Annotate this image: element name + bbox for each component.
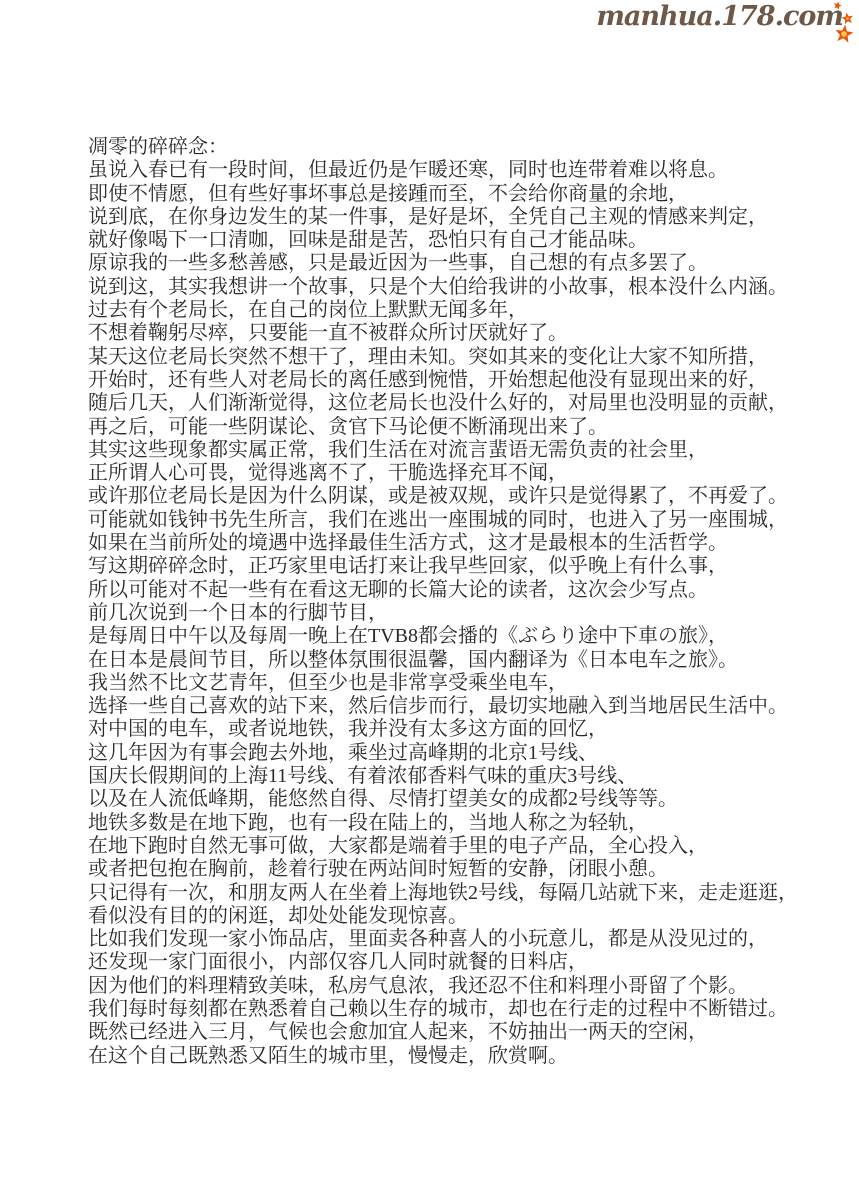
text-line: 其实这些现象都实属正常，我们生活在对流言蜚语无需负责的社会里， (88, 439, 798, 462)
text-line: 只记得有一次，和朋友两人在坐着上海地铁2号线，每隔几站就下来，走走逛逛， (88, 882, 798, 905)
text-line: 选择一些自己喜欢的站下来，然后信步而行，最切实地融入到当地居民生活中。 (88, 695, 798, 718)
text-line: 随后几天，人们渐渐觉得，这位老局长也没什么好的，对局里也没明显的贡献， (88, 392, 798, 415)
text-line: 这几年因为有事会跑去外地，乘坐过高峰期的北京1号线、 (88, 742, 798, 765)
text-line: 因为他们的料理精致美味，私房气息浓，我还忍不住和料理小哥留了个影。 (88, 975, 798, 998)
text-line: 原谅我的一些多愁善感，只是最近因为一些事，自己想的有点多罢了。 (88, 252, 798, 275)
text-line: 说到这，其实我想讲一个故事，只是个大伯给我讲的小故事，根本没什么内涵。 (88, 276, 798, 299)
article-text: 凋零的碎碎念： 虽说入春已有一段时间，但最近仍是乍暖还寒，同时也连带着难以将息。… (88, 136, 798, 1068)
text-line: 是每周日中午以及每周一晚上在TVB8都会播的《ぶらり途中下車の旅》， (88, 625, 798, 648)
text-line: 再之后，可能一些阴谋论、贪官下马论便不断涌现出来了。 (88, 416, 798, 439)
text-line: 虽说入春已有一段时间，但最近仍是乍暖还寒，同时也连带着难以将息。 (88, 159, 798, 182)
star-icon (833, 23, 856, 46)
text-line: 所以可能对不起一些有在看这无聊的长篇大论的读者，这次会少写点。 (88, 579, 798, 602)
text-line: 如果在当前所处的境遇中选择最佳生活方式，这才是最根本的生活哲学。 (88, 532, 798, 555)
text-line: 国庆长假期间的上海11号线、有着浓郁香料气味的重庆3号线、 (88, 765, 798, 788)
text-line: 前几次说到一个日本的行脚节目， (88, 602, 798, 625)
text-line: 可能就如钱钟书先生所言，我们在逃出一座围城的同时，也进入了另一座围城， (88, 509, 798, 532)
text-line: 地铁多数是在地下跑，也有一段在陆上的，当地人称之为轻轨， (88, 812, 798, 835)
text-line: 过去有个老局长，在自己的岗位上默默无闻多年， (88, 299, 798, 322)
text-line: 就好像喝下一口清咖，回味是甜是苦，恐怕只有自己才能品味。 (88, 229, 798, 252)
text-line: 既然已经进入三月，气候也会愈加宜人起来，不妨抽出一两天的空闲， (88, 1021, 798, 1044)
watermark-text: manhua.178.com (596, 1, 843, 32)
text-line: 以及在人流低峰期，能悠然自得、尽情打望美女的成都2号线等等。 (88, 788, 798, 811)
page-title: 凋零的碎碎念： (88, 136, 798, 159)
text-line: 在这个自己既熟悉又陌生的城市里，慢慢走，欣赏啊。 (88, 1045, 798, 1068)
text-line: 即使不情愿，但有些好事坏事总是接踵而至，不会给你商量的余地， (88, 183, 798, 206)
text-line: 不想着鞠躬尽瘁，只要能一直不被群众所讨厌就好了。 (88, 322, 798, 345)
paragraph-lines: 虽说入春已有一段时间，但最近仍是乍暖还寒，同时也连带着难以将息。即使不情愿，但有… (88, 159, 798, 1068)
text-line: 我们每时每刻都在熟悉着自己赖以生存的城市，却也在行走的过程中不断错过。 (88, 998, 798, 1021)
text-line: 还发现一家门面很小，内部仅容几人同时就餐的日料店， (88, 951, 798, 974)
text-line: 在日本是晨间节目，所以整体氛围很温馨，国内翻译为《日本电车之旅》。 (88, 649, 798, 672)
text-line: 比如我们发现一家小饰品店，里面卖各种喜人的小玩意儿，都是从没见过的， (88, 928, 798, 951)
text-line: 看似没有目的的闲逛，却处处能发现惊喜。 (88, 905, 798, 928)
text-line: 我当然不比文艺青年，但至少也是非常享受乘坐电车， (88, 672, 798, 695)
text-line: 正所谓人心可畏，觉得逃离不了，干脆选择充耳不闻， (88, 462, 798, 485)
text-line: 对中国的电车，或者说地铁，我并没有太多这方面的回忆， (88, 718, 798, 741)
text-line: 在地下跑时自然无事可做，大家都是端着手里的电子产品，全心投入， (88, 835, 798, 858)
text-line: 写这期碎碎念时，正巧家里电话打来让我早些回家，似乎晚上有什么事， (88, 555, 798, 578)
page: manhua.178.com 凋零的碎碎念： 虽说入春已有一段时间，但最近仍是乍… (0, 0, 859, 1200)
text-line: 某天这位老局长突然不想干了，理由未知。突如其来的变化让大家不知所措， (88, 346, 798, 369)
text-line: 开始时，还有些人对老局长的离任感到惋惜，开始想起他没有显现出来的好， (88, 369, 798, 392)
text-line: 说到底，在你身边发生的某一件事，是好是坏，全凭自己主观的情感来判定， (88, 206, 798, 229)
text-line: 或者把包抱在胸前，趁着行驶在两站间时短暂的安静，闭眼小憩。 (88, 858, 798, 881)
text-line: 或许那位老局长是因为什么阴谋，或是被双规，或许只是觉得累了，不再爱了。 (88, 485, 798, 508)
